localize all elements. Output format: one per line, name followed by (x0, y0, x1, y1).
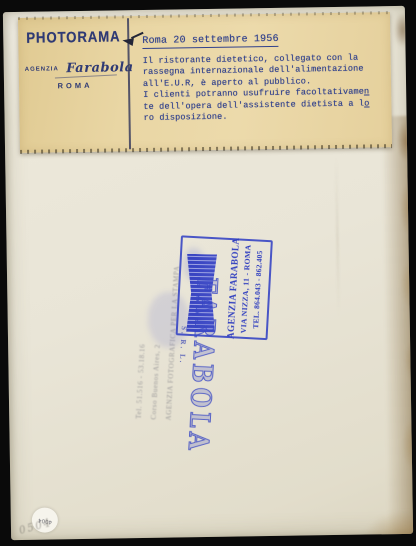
city-label: ROMA (25, 80, 125, 91)
scan-background: PHOTORAMA AGENZIA Farabola ROMA Roma 20 … (0, 0, 416, 546)
typewritten-caption: Roma 20 settembre 1956 Il ristorante die… (142, 26, 387, 124)
photo-back: PHOTORAMA AGENZIA Farabola ROMA Roma 20 … (3, 6, 413, 540)
bottom-right-stain (328, 487, 413, 540)
ink-arrow-mark (122, 32, 144, 48)
paper-crease (335, 157, 340, 317)
pencil-annotation: 0504 (18, 517, 54, 538)
dateline: Roma 20 settembre 1956 (142, 34, 279, 49)
caption-label: PHOTORAMA AGENZIA Farabola ROMA Roma 20 … (18, 12, 392, 153)
right-edge-stain (381, 116, 414, 538)
brand-name: PHOTORAMA (26, 28, 111, 46)
caption-line: ro disposizione. (143, 109, 387, 124)
agency-prefix: AGENZIA (25, 66, 59, 73)
agency-signature: Farabola (66, 60, 134, 76)
